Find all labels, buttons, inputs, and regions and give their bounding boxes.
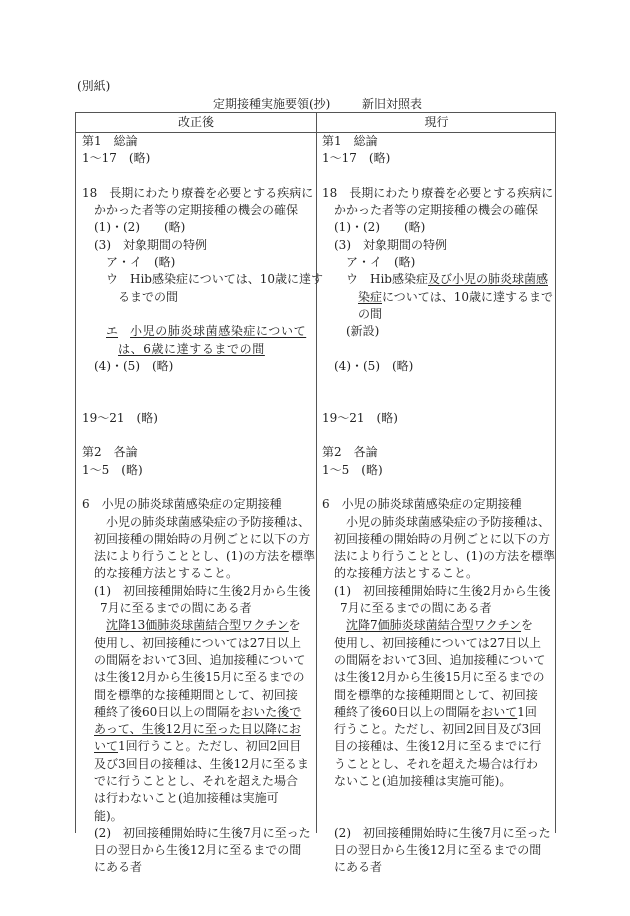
text-line: は生後12月から生後15月に至るまでの [322, 669, 554, 686]
text-span: 1回 [517, 705, 537, 719]
text-line: 能)。 [82, 808, 314, 825]
text-span: 種終了後60日以上の間隔を [334, 705, 481, 719]
blank-line [82, 168, 314, 185]
text-line: は行わないこと(追加接種は実施可 [82, 790, 314, 807]
text-line: 6 小児の肺炎球菌感染症の定期接種 [322, 496, 554, 513]
title-text: 定期接種実施要領(抄) [213, 96, 330, 112]
amended-text: 小児の肺炎球菌感染症について [130, 324, 306, 338]
text-line: は生後12月から生後15月に至るまでの [82, 669, 314, 686]
text-line: かかった者等の定期接種の機会の確保 [82, 202, 314, 219]
column-header-current: 現行 [317, 114, 556, 130]
text-line: の間隔をおいて3回、追加接種について [322, 652, 554, 669]
text-span: については、10歳に達するまで [382, 290, 553, 304]
text-line: 1～5 (略) [322, 462, 554, 479]
text-line: (1)・(2) (略) [322, 219, 554, 236]
text-line: 第2 各論 [82, 444, 314, 461]
text-line: 的な接種方法とすること。 [322, 565, 554, 582]
text-line: の間 [322, 306, 554, 323]
blank-line [322, 427, 554, 444]
text-line-amended: 沈降13価肺炎球菌結合型ワクチンを [82, 617, 314, 634]
text-line: 法により行うこととし、(1)の方法を標準 [322, 548, 554, 565]
text-line: 7月に至るまでの間にある者 [322, 600, 554, 617]
amended-text: エ [106, 324, 118, 338]
text-line: 初回接種の開始時の月例ごとに以下の方 [322, 531, 554, 548]
blank-line [322, 479, 554, 496]
text-line: 6 小児の肺炎球菌感染症の定期接種 [82, 496, 314, 513]
text-line: うこととし、それを超えた場合は行わ [322, 756, 554, 773]
amended-text: あって、生後12月に至った日以降にお [94, 722, 301, 736]
text-line: にある者 [322, 859, 554, 876]
text-line: 及び3回目の接種は、生後12月に至るま [82, 756, 314, 773]
text-line: 1～5 (略) [82, 462, 314, 479]
blank-line [322, 375, 554, 392]
text-line: 間を標準的な接種期間として、初回接 [82, 687, 314, 704]
text-line: (1) 初回接種開始時に生後2月から生後 [82, 583, 314, 600]
text-line-amended: は、6歳に達するまでの間 [82, 341, 314, 358]
text-line: (3) 対象期間の特例 [322, 237, 554, 254]
text-line: 目の接種は、生後12月に至るまでに行 [322, 738, 554, 755]
text-line: ウ Hib感染症については、10歳に達す [82, 271, 314, 288]
text-line-amended: 種終了後60日以上の間隔をおいて1回 [322, 704, 554, 721]
new-provision-label: (新設) [322, 323, 554, 340]
text-line: るまでの間 [82, 289, 314, 306]
text-line: (4)・(5) (略) [82, 358, 314, 375]
text-line: 1～17 (略) [82, 150, 314, 167]
text-line-amended: エ 小児の肺炎球菌感染症について [82, 323, 314, 340]
text-line: 小児の肺炎球菌感染症の予防接種は、 [82, 514, 314, 531]
column-header-revised: 改正後 [76, 114, 316, 130]
amended-text: おいた後で [241, 705, 301, 719]
text-line: にある者 [82, 859, 314, 876]
text-line: 的な接種方法とすること。 [82, 565, 314, 582]
revised-column: 第1 総論 1～17 (略) 18 長期にわたり療養を必要とする疾病に かかった… [82, 133, 314, 877]
text-line: 間を標準的な接種期間として、初回接 [322, 687, 554, 704]
blank-line [82, 479, 314, 496]
amended-text: 沈降13価肺炎球菌結合型ワクチン [106, 618, 289, 632]
text-line: 第1 総論 [322, 133, 554, 150]
text-line: 18 長期にわたり療養を必要とする疾病に [322, 185, 554, 202]
text-line: 18 長期にわたり療養を必要とする疾病に [82, 185, 314, 202]
text-line: 7月に至るまでの間にある者 [82, 600, 314, 617]
text-line-amended: 染症については、10歳に達するまで [322, 289, 554, 306]
amended-text: は、6歳に達するまでの間 [118, 342, 265, 356]
text-span: を [289, 618, 301, 632]
text-line: 第1 総論 [82, 133, 314, 150]
text-line: 法により行うこととし、(1)の方法を標準 [82, 548, 314, 565]
text-line: (1) 初回接種開始時に生後2月から生後 [322, 583, 554, 600]
text-span: 種終了後60日以上の間隔を [94, 705, 241, 719]
amended-text: 染症 [358, 290, 382, 304]
amended-text: おいて [481, 705, 517, 719]
text-line: 使用し、初回接種については27日以上 [82, 635, 314, 652]
text-span: 1回行うこと。ただし、初回2回目 [118, 739, 301, 753]
text-line: かかった者等の定期接種の機会の確保 [322, 202, 554, 219]
text-line-amended: 沈降7価肺炎球菌結合型ワクチンを [322, 617, 554, 634]
blank-line [82, 392, 314, 409]
text-line: (3) 対象期間の特例 [82, 237, 314, 254]
column-divider [316, 113, 317, 833]
annex-label: (別紙) [77, 78, 110, 94]
text-line: 1～17 (略) [322, 150, 554, 167]
subtitle-text: 新旧対照表 [362, 96, 422, 112]
blank-line [82, 427, 314, 444]
amended-text: いて [94, 739, 118, 753]
text-line-amended: ウ Hib感染症及び小児の肺炎球菌感 [322, 271, 554, 288]
text-line: 日の翌日から生後12月に至るまでの間 [322, 842, 554, 859]
text-span: を [521, 618, 533, 632]
blank-line [82, 375, 314, 392]
text-line: (1)・(2) (略) [82, 219, 314, 236]
blank-line [322, 341, 554, 358]
text-line-amended: 種終了後60日以上の間隔をおいた後で [82, 704, 314, 721]
text-line: 使用し、初回接種については27日以上 [322, 635, 554, 652]
text-line: 日の翌日から生後12月に至るまでの間 [82, 842, 314, 859]
text-line: ア・イ (略) [82, 254, 314, 271]
blank-line [322, 790, 554, 807]
blank-line [322, 392, 554, 409]
text-line: ア・イ (略) [322, 254, 554, 271]
text-line: 第2 各論 [322, 444, 554, 461]
current-column: 第1 総論 1～17 (略) 18 長期にわたり療養を必要とする疾病に かかった… [322, 133, 554, 877]
text-line: (2) 初回接種開始時に生後7月に至った [82, 825, 314, 842]
text-span: ウ Hib感染症 [346, 272, 428, 286]
text-line: 19～21 (略) [322, 410, 554, 427]
text-line: でに行うこととし、それを超えた場合 [82, 773, 314, 790]
comparison-table: 改正後 現行 第1 総論 1～17 (略) 18 長期にわたり療養を必要とする疾… [75, 112, 556, 833]
text-line: 小児の肺炎球菌感染症の予防接種は、 [322, 514, 554, 531]
amended-text: 沈降7価肺炎球菌結合型ワクチン [346, 618, 521, 632]
text-line: (4)・(5) (略) [322, 358, 554, 375]
text-line: 19～21 (略) [82, 410, 314, 427]
text-line: 行うこと。ただし、初回2回目及び3回 [322, 721, 554, 738]
text-line: (2) 初回接種開始時に生後7月に至った [322, 825, 554, 842]
text-line: ないこと(追加接種は実施可能)。 [322, 773, 554, 790]
blank-line [322, 168, 554, 185]
amended-text: 及び小児の肺炎球菌感 [428, 272, 548, 286]
text-line: の間隔をおいて3回、追加接種について [82, 652, 314, 669]
blank-line [82, 306, 314, 323]
text-line-amended: いて1回行うこと。ただし、初回2回目 [82, 738, 314, 755]
text-line-amended: あって、生後12月に至った日以降にお [82, 721, 314, 738]
blank-line [322, 808, 554, 825]
text-line: 初回接種の開始時の月例ごとに以下の方 [82, 531, 314, 548]
